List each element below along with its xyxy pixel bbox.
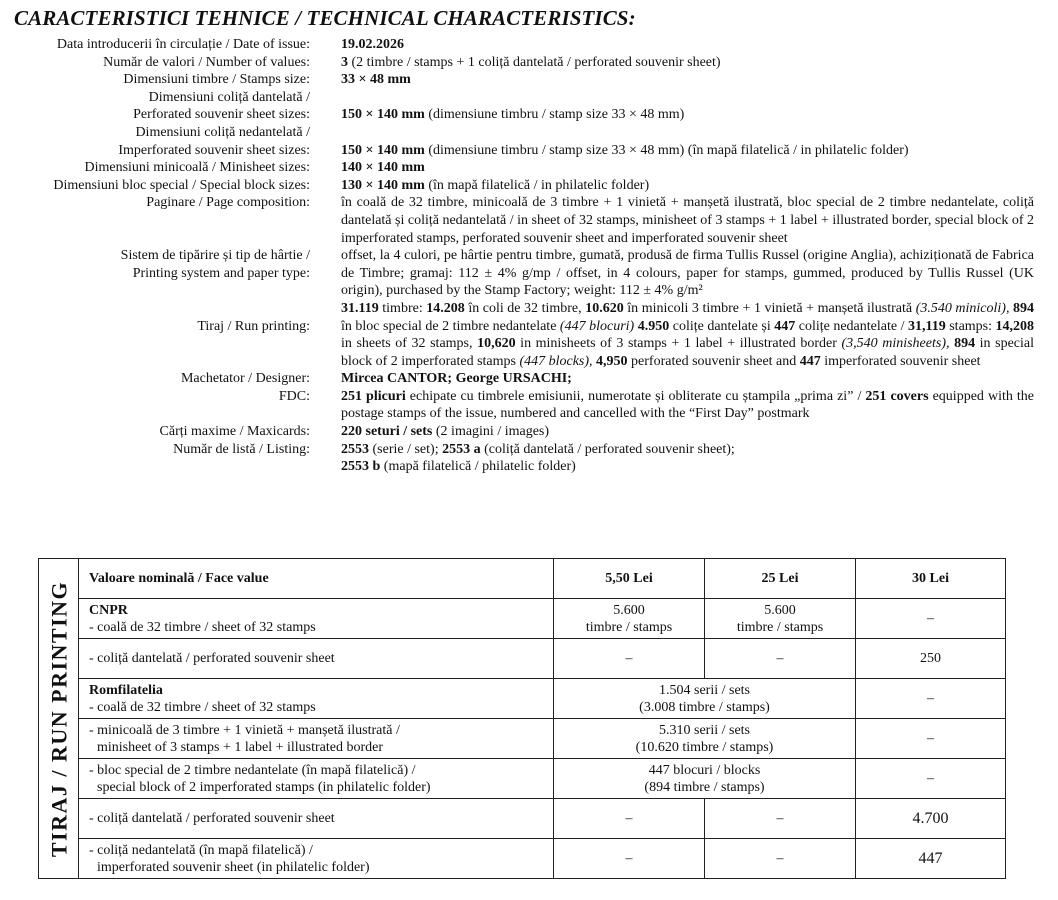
spec-fdc: FDC: 251 plicuri echipate cu timbrele em… — [0, 388, 1040, 423]
cell-value: – — [856, 719, 1006, 759]
cell-value: – — [554, 799, 705, 839]
run-printing-table: TIRAJ / RUN PRINTING Valoare nominală / … — [38, 558, 1006, 879]
table-row: Romfilatelia- coală de 32 timbre / sheet… — [39, 679, 1006, 719]
spec-label: Cărți maxime / Maxicards: — [0, 423, 310, 441]
row-label: Romfilatelia- coală de 32 timbre / sheet… — [79, 679, 554, 719]
row-label: - coliță dantelată / perforated souvenir… — [79, 639, 554, 679]
cell-value: – — [554, 839, 705, 879]
spec-minisheet-size: Dimensiuni minicoală / Minisheet sizes: … — [0, 159, 1040, 177]
cell-value: – — [856, 599, 1006, 639]
spec-printing-system: Sistem de tipărire și tip de hârtie /Pri… — [0, 247, 1040, 300]
cell-value: 447 — [856, 839, 1006, 879]
row-label: - coliță dantelată / perforated souvenir… — [79, 799, 554, 839]
spec-special-block-size: Dimensiuni bloc special / Special block … — [0, 177, 1040, 195]
spec-label: Paginare / Page composition: — [0, 194, 310, 247]
spec-value: 33 × 48 mm — [341, 71, 1034, 89]
page-title: CARACTERISTICI TEHNICE / TECHNICAL CHARA… — [14, 6, 636, 31]
spec-label: Număr de valori / Number of values: — [0, 54, 310, 72]
spec-value: 130 × 140 mm (în mapă filatelică / in ph… — [341, 177, 1034, 195]
spec-label: Dimensiuni coliță nedantelată /Imperfora… — [0, 124, 310, 159]
spec-label: Machetator / Designer: — [0, 370, 310, 388]
spec-value: în coală de 32 timbre, minicoală de 3 ti… — [341, 194, 1034, 247]
table-row: - coliță dantelată / perforated souvenir… — [39, 799, 1006, 839]
cell-value: – — [705, 839, 856, 879]
spec-date-of-issue: Data introducerii în circulație / Date o… — [0, 36, 1040, 54]
spec-run-printing: Tiraj / Run printing: 31.119 timbre: 14.… — [0, 300, 1040, 370]
spec-label: Număr de listă / Listing: — [0, 441, 310, 476]
cell-value: 1.504 serii / sets(3.008 timbre / stamps… — [554, 679, 856, 719]
spec-label: Tiraj / Run printing: — [0, 300, 310, 370]
spec-label: Sistem de tipărire și tip de hârtie /Pri… — [0, 247, 310, 300]
side-label: TIRAJ / RUN PRINTING — [50, 580, 67, 856]
cell-value: – — [705, 799, 856, 839]
spec-label: Dimensiuni minicoală / Minisheet sizes: — [0, 159, 310, 177]
spec-value: 140 × 140 mm — [341, 159, 1034, 177]
row-label: - minicoală de 3 timbre + 1 vinietă + ma… — [79, 719, 554, 759]
cell-value: – — [856, 759, 1006, 799]
spec-value: 251 plicuri echipate cu timbrele emisiun… — [341, 388, 1034, 423]
spec-value: 31.119 timbre: 14.208 în coli de 32 timb… — [341, 300, 1034, 370]
technical-specs: Data introducerii în circulație / Date o… — [0, 36, 1040, 476]
spec-value: Mircea CANTOR; George URSACHI; — [341, 370, 1034, 388]
cell-value: 5.600timbre / stamps — [554, 599, 705, 639]
header-face-value: Valoare nominală / Face value — [79, 559, 554, 599]
spec-label: Dimensiuni coliță dantelată /Perforated … — [0, 89, 310, 124]
row-label: - bloc special de 2 timbre nedantelate (… — [79, 759, 554, 799]
spec-value: 2553 (serie / set); 2553 a (coliță dante… — [341, 441, 1034, 476]
table-row: - coliță dantelată / perforated souvenir… — [39, 639, 1006, 679]
spec-stamps-size: Dimensiuni timbre / Stamps size: 33 × 48… — [0, 71, 1040, 89]
table-row: - bloc special de 2 timbre nedantelate (… — [39, 759, 1006, 799]
header-value-1: 5,50 Lei — [554, 559, 705, 599]
spec-designer: Machetator / Designer: Mircea CANTOR; Ge… — [0, 370, 1040, 388]
cell-value: 5.600timbre / stamps — [705, 599, 856, 639]
spec-label: Data introducerii în circulație / Date o… — [0, 36, 310, 54]
header-value-2: 25 Lei — [705, 559, 856, 599]
spec-value: 3 (2 timbre / stamps + 1 coliță dantelat… — [341, 54, 1034, 72]
spec-label: Dimensiuni timbre / Stamps size: — [0, 71, 310, 89]
spec-value: 19.02.2026 — [341, 36, 1034, 54]
spec-label: FDC: — [0, 388, 310, 423]
table-row: - coliță nedantelată (în mapă filatelică… — [39, 839, 1006, 879]
cell-value: 4.700 — [856, 799, 1006, 839]
spec-perforated-sheet-size: Dimensiuni coliță dantelată /Perforated … — [0, 89, 1040, 124]
spec-imperforated-sheet-size: Dimensiuni coliță nedantelată /Imperfora… — [0, 124, 1040, 159]
table-header-row: TIRAJ / RUN PRINTING Valoare nominală / … — [39, 559, 1006, 599]
cell-value: 250 — [856, 639, 1006, 679]
cell-value: – — [705, 639, 856, 679]
cell-value: – — [856, 679, 1006, 719]
header-value-3: 30 Lei — [856, 559, 1006, 599]
table-row: - minicoală de 3 timbre + 1 vinietă + ma… — [39, 719, 1006, 759]
cell-value: 5.310 serii / sets(10.620 timbre / stamp… — [554, 719, 856, 759]
spec-listing: Număr de listă / Listing: 2553 (serie / … — [0, 441, 1040, 476]
table-row: CNPR- coală de 32 timbre / sheet of 32 s… — [39, 599, 1006, 639]
spec-value: 220 seturi / sets (2 imagini / images) — [341, 423, 1034, 441]
cell-value: – — [554, 639, 705, 679]
spec-number-of-values: Număr de valori / Number of values: 3 (2… — [0, 54, 1040, 72]
spec-value: 150 × 140 mm (dimensiune timbru / stamp … — [341, 124, 1034, 159]
cell-value: 447 blocuri / blocks(894 timbre / stamps… — [554, 759, 856, 799]
spec-maxicards: Cărți maxime / Maxicards: 220 seturi / s… — [0, 423, 1040, 441]
row-label: CNPR- coală de 32 timbre / sheet of 32 s… — [79, 599, 554, 639]
row-label: - coliță nedantelată (în mapă filatelică… — [79, 839, 554, 879]
spec-value: offset, la 4 culori, pe hârtie pentru ti… — [341, 247, 1034, 300]
spec-label: Dimensiuni bloc special / Special block … — [0, 177, 310, 195]
spec-value: 150 × 140 mm (dimensiune timbru / stamp … — [341, 89, 1034, 124]
side-label-cell: TIRAJ / RUN PRINTING — [39, 559, 79, 879]
spec-page-composition: Paginare / Page composition: în coală de… — [0, 194, 1040, 247]
